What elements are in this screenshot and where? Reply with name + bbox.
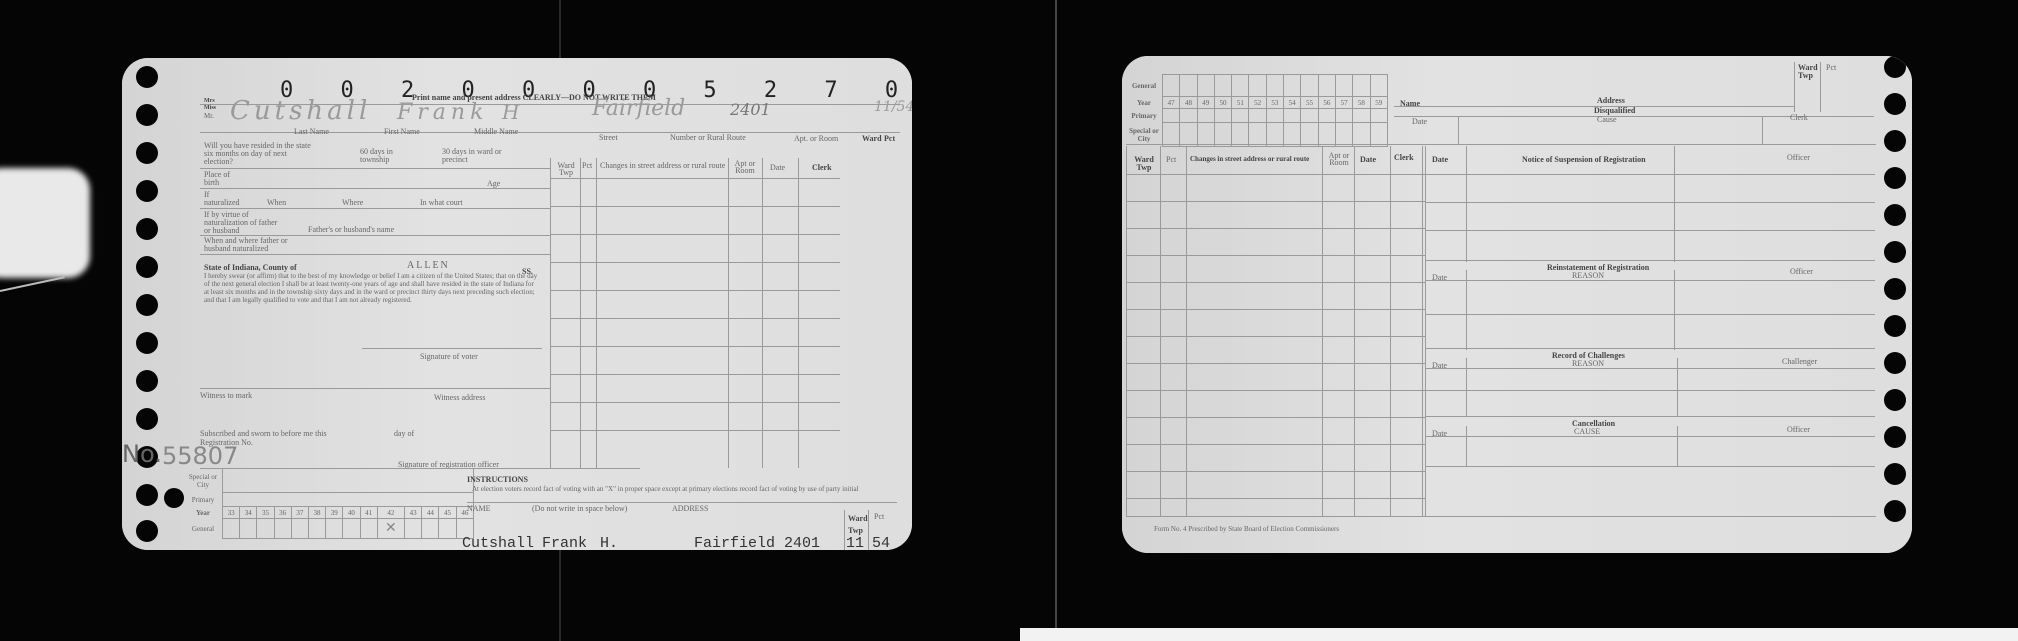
- year-cell: 59: [1370, 97, 1387, 109]
- year-cell: 44: [422, 507, 439, 519]
- year-cell: 53: [1266, 97, 1283, 109]
- label-last-name: Last Name: [294, 128, 329, 136]
- handwritten-number: 2401: [730, 102, 771, 118]
- challenges-challenger: Challenger: [1782, 358, 1817, 366]
- challenges-reason: REASON: [1572, 360, 1604, 368]
- handwritten-ward-pct: 11/54: [874, 100, 912, 114]
- oath-text: I hereby swear (or affirm) that to the b…: [204, 272, 539, 304]
- label-ward: Ward: [862, 135, 882, 143]
- handwritten-middle: H: [502, 102, 519, 122]
- registration-number: 55807: [162, 444, 238, 468]
- year-cell: 39: [326, 507, 343, 519]
- row-year: Year: [184, 507, 223, 519]
- voting-grid-front: Special or City Primary Year 33 34 35 36…: [184, 468, 474, 539]
- col-changes: Changes in street address or rural route: [600, 162, 725, 170]
- row-primary: Primary: [184, 493, 223, 507]
- col-ward-twp: Ward Twp: [1130, 156, 1158, 172]
- honorific-miss: Miss: [204, 105, 216, 111]
- label-if-naturalized: If naturalized: [204, 191, 244, 207]
- label-do-not-write: (Do not write in space below): [532, 505, 627, 513]
- handwritten-street: Fairfield: [592, 98, 685, 120]
- reinstatement-officer: Officer: [1790, 268, 1813, 276]
- reinstatement-reason: REASON: [1572, 272, 1604, 280]
- label-court: In what court: [420, 199, 463, 207]
- county-value: ALLEN: [407, 261, 450, 271]
- handwritten-first-name: Frank: [397, 102, 488, 124]
- col-date: Date: [1360, 156, 1376, 164]
- label-signature-voter: Signature of voter: [420, 353, 478, 361]
- year-cell: 51: [1232, 97, 1249, 109]
- year-cell: 57: [1335, 97, 1352, 109]
- year-cell: 47: [1163, 97, 1180, 109]
- label-days-ward: 30 days in ward or precinct: [442, 148, 512, 164]
- label-fathers-name: Father's or husband's name: [308, 226, 394, 234]
- label-witness-address: Witness address: [434, 394, 485, 402]
- label-apt-room: Apt. or Room: [794, 135, 838, 143]
- label-middle-name: Middle Name: [474, 128, 518, 136]
- typed-pct: 54: [872, 536, 890, 550]
- cancellation-cause: CAUSE: [1574, 428, 1600, 436]
- label-street: Street: [599, 134, 618, 142]
- instructions-title: INSTRUCTIONS: [467, 476, 528, 484]
- row-general: General: [1126, 75, 1163, 97]
- col-clerk: Clerk: [1394, 154, 1414, 162]
- label-name: NAME: [467, 505, 491, 513]
- label-pct-bottom: Pct: [874, 513, 884, 521]
- film-scratch: [0, 276, 65, 292]
- row-special-city: Special or City: [184, 469, 223, 493]
- label-ward-twp: Ward Twp: [1798, 64, 1818, 80]
- label-witness-mark: Witness to mark: [200, 392, 252, 400]
- label-place-of-birth: Place of birth: [204, 171, 244, 187]
- voting-grid-back: General Year 47 48 49 50 51 52 53 54 55 …: [1126, 74, 1388, 147]
- label-first-name: First Name: [384, 128, 420, 136]
- year-cell: 37: [291, 507, 308, 519]
- label-date: Date: [1412, 118, 1427, 126]
- year-cell: 38: [308, 507, 325, 519]
- year-cell: 35: [257, 507, 274, 519]
- registration-card-front: 0 0 2 0 0 0 0 5 2 7 0 Print name and pre…: [122, 58, 912, 550]
- film-edge: [1020, 628, 2018, 641]
- year-cell: 33: [223, 507, 240, 519]
- typed-street: Fairfield 2401: [694, 536, 820, 550]
- label-days-township: 60 days in township: [360, 148, 420, 164]
- label-pct: Pct: [884, 135, 895, 143]
- col-ward-twp: Ward Twp: [554, 162, 578, 176]
- label-address: ADDRESS: [672, 505, 708, 513]
- row-special-city: Special or City: [1126, 123, 1163, 147]
- label-by-virtue: If by virtue of naturalization of father…: [204, 211, 284, 235]
- label-where: Where: [342, 199, 363, 207]
- form-footer: Form No. 4 Prescribed by State Board of …: [1154, 526, 1339, 533]
- year-cell: 55: [1301, 97, 1318, 109]
- label-subscribed: Subscribed and sworn to before me this: [200, 430, 327, 438]
- label-pct: Pct: [1826, 64, 1836, 72]
- year-cell: 49: [1197, 97, 1214, 109]
- col-apt-room: Apt or Room: [730, 160, 760, 174]
- label-address: Address: [1597, 97, 1625, 105]
- registration-card-back: General Year 47 48 49 50 51 52 53 54 55 …: [1122, 56, 1912, 553]
- disqualified-title: Disqualified: [1594, 107, 1635, 115]
- label-clerk: Clerk: [1790, 114, 1808, 122]
- year-cell: 42: [377, 507, 404, 519]
- film-light-artifact: [0, 168, 90, 278]
- col-apt-room: Apt or Room: [1325, 152, 1353, 166]
- label-cause: Cause: [1597, 116, 1617, 124]
- year-cell: 50: [1214, 97, 1231, 109]
- cancellation-officer: Officer: [1787, 426, 1810, 434]
- year-cell: 54: [1284, 97, 1301, 109]
- instructions-text: At election voters record fact of voting…: [472, 485, 892, 493]
- typed-middle: H.: [600, 536, 618, 550]
- row-general: General: [184, 519, 223, 539]
- typed-first-name: Frank: [542, 536, 587, 550]
- label-day-of: day of: [394, 430, 414, 438]
- col-changes: Changes in street address or rural route: [1190, 156, 1309, 163]
- year-cell: 40: [343, 507, 360, 519]
- col-date: Date: [770, 164, 785, 172]
- year-cell: 43: [405, 507, 422, 519]
- year-cell: 56: [1318, 97, 1335, 109]
- suspension-title: Notice of Suspension of Registration: [1522, 156, 1646, 164]
- year-cell: 41: [360, 507, 377, 519]
- typed-last-name: Cutshall: [462, 536, 534, 550]
- year-cell: 45: [439, 507, 456, 519]
- row-year: Year: [1126, 97, 1163, 109]
- honorific-mrs: Mrs: [204, 98, 215, 104]
- label-ward-twp: Ward Twp: [848, 513, 866, 537]
- year-cell: 48: [1180, 97, 1197, 109]
- suspension-date: Date: [1432, 156, 1448, 164]
- year-cell: 52: [1249, 97, 1266, 109]
- col-clerk: Clerk: [812, 164, 832, 172]
- col-pct: Pct: [582, 162, 592, 170]
- film-line: [1055, 0, 1057, 641]
- label-father-naturalized: When and where father or husband natural…: [204, 237, 304, 253]
- typed-ward: 11: [846, 536, 864, 550]
- label-number-route: Number or Rural Route: [670, 134, 746, 142]
- handwritten-last-name: Cutshall: [230, 98, 371, 124]
- row-primary: Primary: [1126, 109, 1163, 123]
- suspension-officer: Officer: [1787, 154, 1810, 162]
- year-cell: 36: [274, 507, 291, 519]
- label-state-county: State of Indiana, County of: [204, 264, 297, 272]
- label-age: Age: [487, 180, 500, 188]
- label-no-symbol: No.: [122, 442, 162, 466]
- honorific-mr: Mr.: [204, 113, 214, 120]
- year-cell: 34: [240, 507, 257, 519]
- label-when: When: [267, 199, 286, 207]
- year-cell: 58: [1353, 97, 1370, 109]
- label-resided-question: Will you have resided in the state six m…: [204, 142, 314, 166]
- col-pct: Pct: [1166, 156, 1176, 164]
